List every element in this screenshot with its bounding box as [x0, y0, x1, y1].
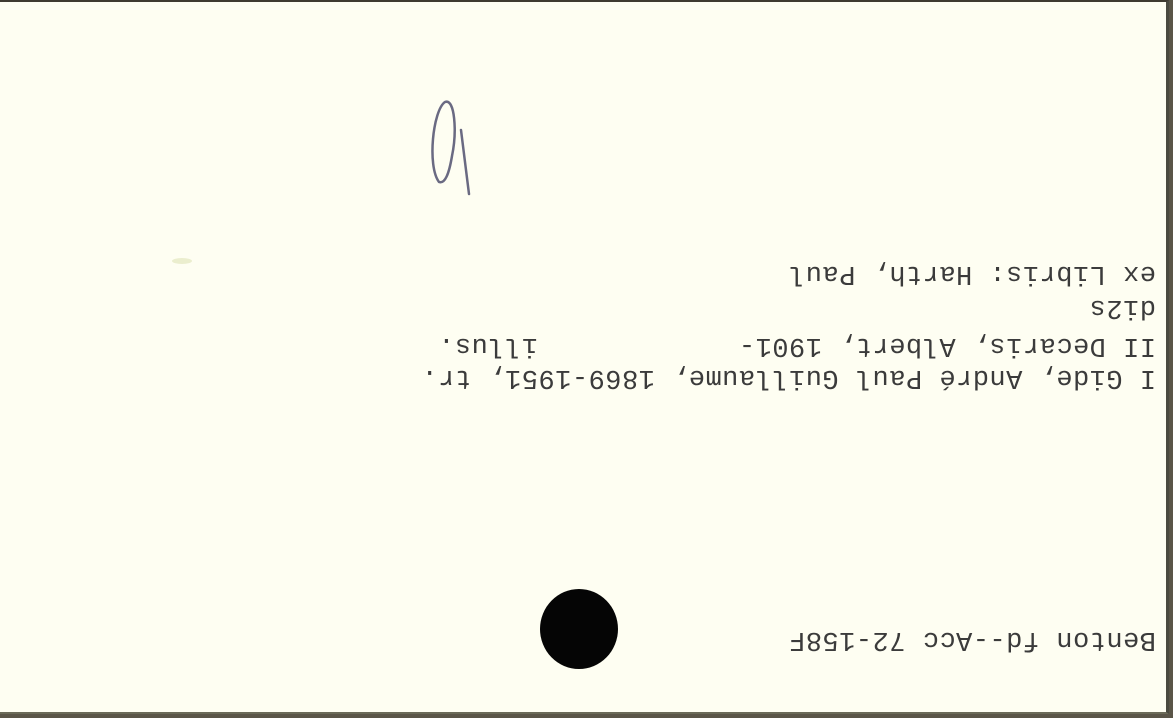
handwritten-number [425, 92, 485, 202]
catalog-card: Benton fd--Acc 72-158F I Gide, André Pau… [0, 0, 1169, 714]
added-entry-2: II Decaris, Albert, 1901- illus. [438, 330, 1156, 360]
added-entry-1: I Gide, André Paul Guillaume, 1869-1951,… [421, 362, 1156, 392]
punch-hole [540, 589, 618, 669]
call-number: Benton fd--Acc 72-158F [789, 624, 1156, 654]
tracing-code: di2s [1089, 292, 1156, 322]
card-content-rotated: Benton fd--Acc 72-158F I Gide, André Pau… [0, 2, 1173, 718]
provenance: ex Libris: Harth, Paul [789, 258, 1156, 288]
